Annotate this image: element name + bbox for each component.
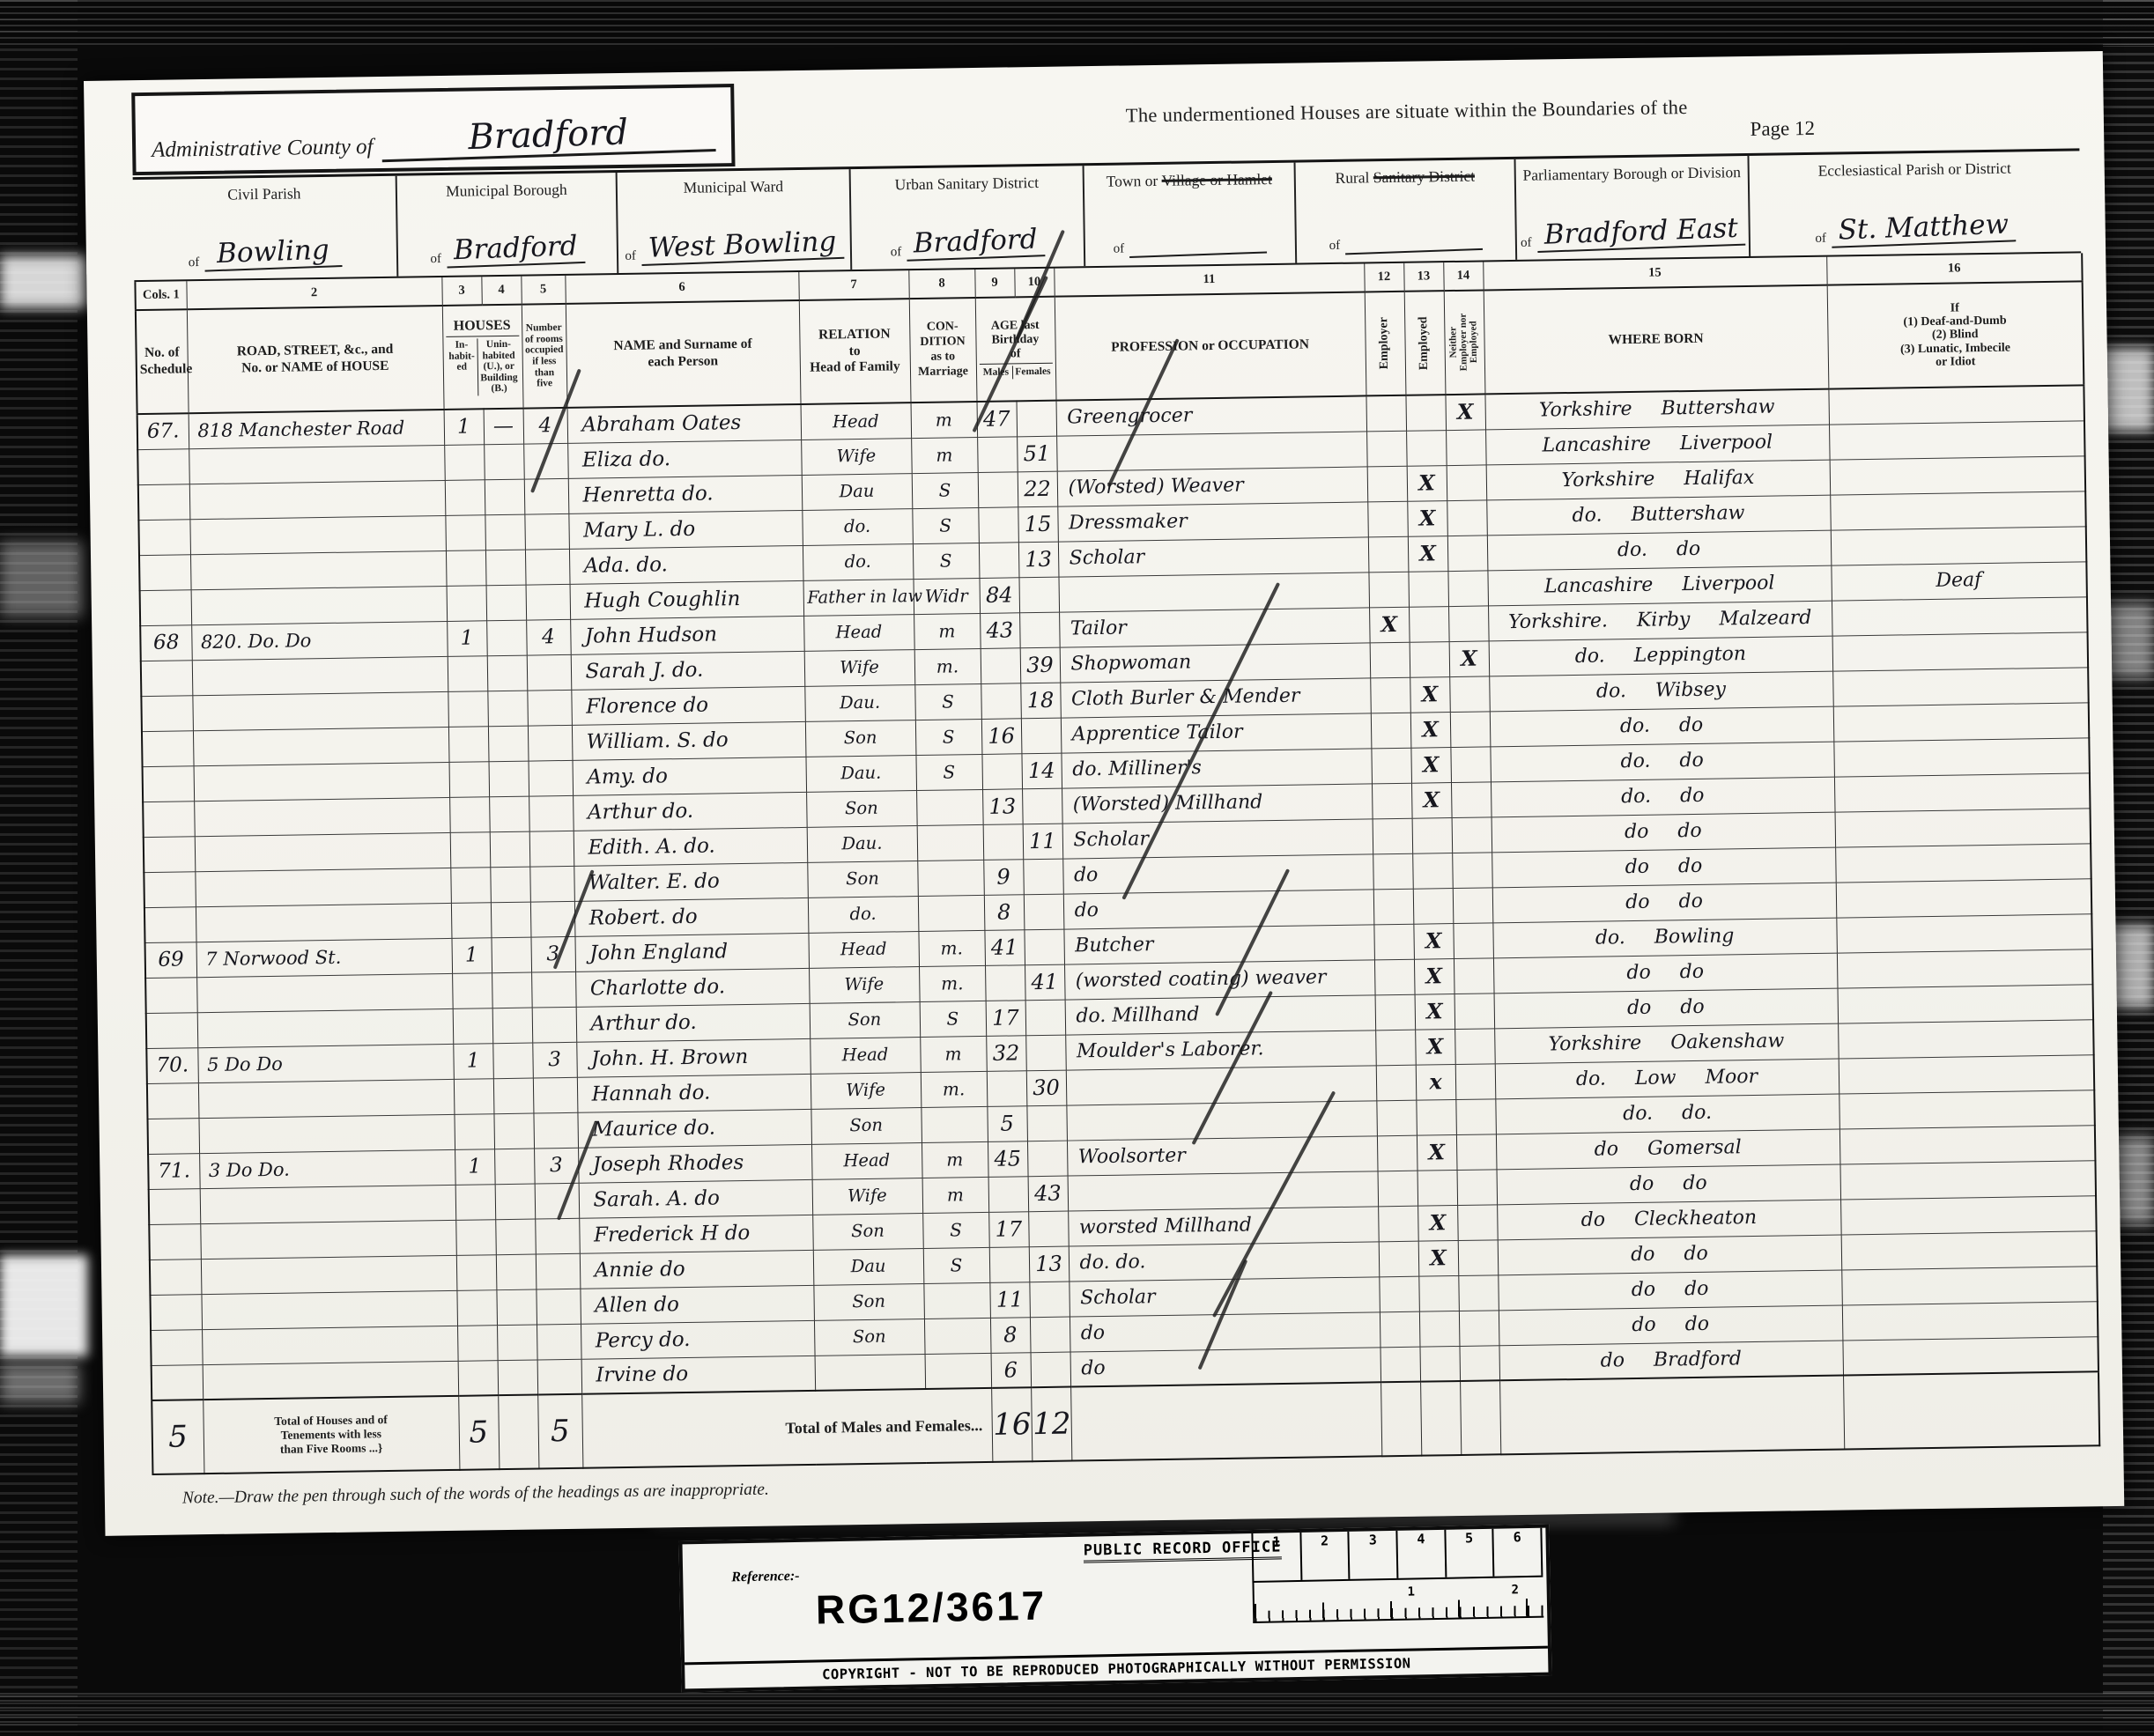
ruler-number: 2 xyxy=(1301,1532,1351,1580)
cell-occupation: do xyxy=(1070,1347,1381,1386)
total-schedules: 5 xyxy=(152,1400,204,1474)
cell-age_f xyxy=(1027,1141,1068,1177)
cell-employed xyxy=(1419,1311,1460,1347)
total-females: 12 xyxy=(1031,1387,1071,1462)
header-occupation: PROFESSION or OCCUPATION xyxy=(1055,292,1366,400)
cell-inhabited xyxy=(456,1289,497,1326)
cell-condition: S xyxy=(923,1247,990,1283)
cell-age_m xyxy=(988,1176,1029,1212)
district-label: Municipal Ward xyxy=(621,174,847,217)
totals-empty xyxy=(1460,1380,1500,1455)
header-inhabited: In- habit- ed xyxy=(446,338,478,396)
cell-employer xyxy=(1378,1171,1418,1207)
cell-uninhabited xyxy=(490,867,530,903)
cell-infirmity xyxy=(1829,420,2085,459)
cell-rooms xyxy=(527,690,572,726)
cell-age_f: 30 xyxy=(1026,1070,1067,1106)
cell-address: 3 Do Do. xyxy=(199,1149,455,1188)
cell-name: Mary L. do xyxy=(568,510,803,549)
cell-age_f: 13 xyxy=(1018,542,1059,578)
cell-address xyxy=(189,445,445,484)
cell-neither xyxy=(1454,957,1494,994)
cell-address xyxy=(194,797,450,836)
cell-employer xyxy=(1373,853,1413,890)
cell-infirmity xyxy=(1832,632,2089,670)
film-scan: Administrative County of Bradford The un… xyxy=(0,0,2154,1736)
cell-employer xyxy=(1375,1030,1416,1066)
cell-age_f xyxy=(1025,1035,1066,1071)
cell-neither xyxy=(1447,570,1488,606)
cell-occupation: Butcher xyxy=(1063,924,1374,964)
cell-age_m: 5 xyxy=(987,1105,1027,1141)
total-uninhabited xyxy=(498,1395,538,1470)
cell-neither xyxy=(1449,676,1490,712)
col-number: 3 xyxy=(441,277,481,306)
cell-infirmity xyxy=(1837,984,2093,1023)
total-males: 16 xyxy=(991,1387,1032,1462)
cell-name: Walter. E. do xyxy=(574,862,808,901)
cell-condition: S xyxy=(922,1212,989,1248)
cell-infirmity xyxy=(1838,1019,2094,1058)
cell-uninhabited xyxy=(485,479,525,515)
of-label: of xyxy=(891,245,902,260)
cell-employer: X xyxy=(1369,607,1410,643)
cell-born: Yorkshire Halifax xyxy=(1486,460,1831,500)
col-number: 7 xyxy=(798,270,908,300)
header-employed: Employed xyxy=(1404,291,1446,395)
cell-age_m: 16 xyxy=(981,718,1022,754)
cell-inhabited xyxy=(448,726,489,762)
header-males: Males xyxy=(979,366,1012,380)
cell-rooms xyxy=(525,549,570,585)
cell-inhabited xyxy=(449,796,490,832)
cell-age_f: 43 xyxy=(1028,1176,1069,1212)
cell-condition xyxy=(923,1282,990,1319)
cell-born: do. Wibsey xyxy=(1489,671,1833,712)
cell-age_f: 11 xyxy=(1023,824,1063,860)
cell-schedule xyxy=(147,1082,199,1119)
cell-age_f xyxy=(1024,894,1064,930)
cell-rooms xyxy=(535,1183,580,1219)
cell-name: John England xyxy=(574,933,809,971)
cell-condition: S xyxy=(915,719,982,755)
cell-infirmity xyxy=(1840,1195,2097,1234)
cell-address xyxy=(201,1290,457,1329)
of-label: of xyxy=(1329,239,1341,254)
cell-born: Lancashire Liverpool xyxy=(1487,565,1832,606)
cell-rooms xyxy=(528,725,573,761)
cell-address xyxy=(191,586,448,624)
cell-inhabited xyxy=(457,1325,498,1361)
cell-employed xyxy=(1413,888,1454,924)
cell-relation: Son xyxy=(813,1283,924,1320)
of-label: of xyxy=(1521,236,1532,251)
cell-employed: X xyxy=(1417,1205,1458,1241)
cell-employed: X xyxy=(1415,994,1455,1030)
cell-condition: Widr xyxy=(913,578,980,614)
cell-schedule xyxy=(139,554,191,590)
cell-address xyxy=(195,832,451,871)
cell-employed: X xyxy=(1410,676,1450,713)
cell-schedule xyxy=(138,519,190,555)
cell-neither xyxy=(1457,1204,1498,1240)
cell-uninhabited xyxy=(488,726,529,762)
cell-age_f: 13 xyxy=(1029,1246,1070,1282)
cell-employer xyxy=(1366,431,1407,467)
cell-uninhabited xyxy=(485,550,526,586)
cell-occupation: Shopwoman xyxy=(1060,642,1371,682)
cell-schedule xyxy=(144,871,196,907)
header-name: NAME and Surname of each Person xyxy=(566,300,801,408)
ruler-cm-number: 2 xyxy=(1511,1583,1519,1597)
cell-neither xyxy=(1453,887,1493,923)
district-value: St. Matthew xyxy=(1831,211,2017,247)
admin-county-label: Administrative County of xyxy=(152,135,374,163)
cell-occupation xyxy=(1066,1100,1377,1140)
cell-employer xyxy=(1380,1347,1420,1383)
cell-schedule xyxy=(146,1012,198,1048)
cell-relation: Dau xyxy=(813,1248,924,1285)
col-number: 11 xyxy=(1054,263,1364,296)
header-employer: Employer xyxy=(1365,292,1406,396)
cell-employer xyxy=(1367,501,1408,537)
cell-employed: X xyxy=(1415,1029,1455,1065)
cell-schedule xyxy=(150,1294,202,1330)
cell-neither xyxy=(1459,1310,1499,1346)
cell-age_m: 32 xyxy=(986,1035,1026,1071)
cell-employer xyxy=(1373,889,1414,925)
cell-name: Sarah. A. do xyxy=(579,1179,813,1218)
cell-relation: Dau. xyxy=(807,825,918,862)
cell-occupation: (Worsted) Weaver xyxy=(1057,466,1368,506)
cell-uninhabited xyxy=(487,655,528,691)
district-value xyxy=(1345,247,1483,255)
cell-schedule xyxy=(141,695,193,731)
cell-employer xyxy=(1371,713,1411,749)
cell-employed xyxy=(1417,1170,1458,1206)
cell-schedule xyxy=(150,1259,202,1295)
totals-empty xyxy=(1380,1382,1421,1457)
cell-address xyxy=(195,868,451,906)
cell-address: 5 Do Do xyxy=(197,1044,454,1082)
district-town-village: Town or Village or Hamlet of xyxy=(1083,163,1296,267)
cell-employed xyxy=(1418,1275,1459,1311)
cell-rooms xyxy=(535,1218,580,1254)
cell-condition: S xyxy=(912,507,979,543)
cell-uninhabited xyxy=(487,691,528,727)
cell-schedule xyxy=(141,660,193,696)
cell-uninhabited xyxy=(498,1360,538,1396)
cell-inhabited xyxy=(445,514,485,550)
cell-infirmity xyxy=(1839,1090,2095,1128)
cell-occupation xyxy=(1058,572,1369,611)
cell-infirmity xyxy=(1833,737,2090,776)
cell-inhabited xyxy=(445,479,485,515)
cell-schedule xyxy=(151,1329,203,1365)
cell-age_f xyxy=(1022,788,1062,824)
cell-employer xyxy=(1378,1206,1418,1242)
cell-schedule xyxy=(138,484,190,520)
cell-schedule xyxy=(143,765,195,802)
cell-occupation: Dressmaker xyxy=(1057,501,1368,541)
census-rows: 67.818 Manchester Road1—4Abraham OatesHe… xyxy=(137,385,2098,1400)
cell-uninhabited xyxy=(494,1149,535,1185)
ruler: 1 2 3 4 5 6 1 2 xyxy=(1251,1528,1544,1651)
cell-employed xyxy=(1409,606,1449,642)
cell-condition xyxy=(916,789,983,825)
header-neither: Neither Employer nor Employed xyxy=(1444,290,1485,395)
cell-born: Lancashire Liverpool xyxy=(1485,425,1830,465)
cell-age_m: 45 xyxy=(988,1141,1028,1177)
cell-age_m: 17 xyxy=(986,1000,1026,1036)
cell-relation: Son xyxy=(805,720,916,757)
cell-age_f xyxy=(1029,1282,1070,1318)
district-label: Town or Village or Hamlet xyxy=(1088,168,1292,210)
cell-uninhabited xyxy=(491,902,531,938)
cell-name: Henretta do. xyxy=(568,475,803,513)
cell-age_m: 8 xyxy=(984,894,1025,930)
cell-age_f xyxy=(1017,401,1057,437)
census-table: Cols. 1 2 3 4 5 6 7 8 9 10 11 12 13 14 xyxy=(134,253,2100,1475)
cell-employed xyxy=(1412,817,1453,853)
col-number: 14 xyxy=(1443,262,1483,291)
cell-schedule xyxy=(144,836,196,872)
cell-age_m: 41 xyxy=(984,929,1025,965)
cell-employed xyxy=(1419,1346,1460,1382)
cell-condition xyxy=(917,824,984,861)
cell-schedule xyxy=(149,1223,201,1260)
cell-name: Abraham Oates xyxy=(567,404,802,443)
cell-condition: S xyxy=(914,683,981,720)
col-number: 16 xyxy=(1826,253,2082,284)
cell-occupation: do xyxy=(1062,853,1373,893)
cell-born: do do xyxy=(1492,847,1836,888)
cell-employer xyxy=(1374,959,1415,995)
cell-inhabited xyxy=(454,1113,494,1149)
cell-uninhabited xyxy=(486,620,527,656)
district-municipal-ward: Municipal Ward ofWest Bowling xyxy=(616,169,851,273)
cell-relation: Wife xyxy=(804,649,915,686)
cell-employed: X xyxy=(1413,923,1454,959)
cell-infirmity xyxy=(1842,1336,2098,1375)
cell-rooms xyxy=(533,1077,578,1113)
cell-relation: Head xyxy=(811,1142,922,1179)
cell-rooms xyxy=(532,1007,577,1043)
cell-neither xyxy=(1450,711,1491,747)
cell-age_m: 9 xyxy=(983,859,1024,895)
district-parliamentary: Parliamentary Borough or Division ofBrad… xyxy=(1514,156,1749,260)
cell-neither xyxy=(1451,781,1492,817)
cell-condition: m xyxy=(922,1177,989,1213)
district-rural-sanitary: Rural Sanitary District of xyxy=(1294,159,1516,263)
cell-employed: X xyxy=(1407,500,1447,536)
district-label: Civil Parish xyxy=(137,181,393,224)
cell-name: Allen do xyxy=(580,1285,814,1324)
cell-condition: S xyxy=(920,1001,987,1037)
cell-relation: Son xyxy=(806,790,917,827)
cell-age_m xyxy=(985,964,1025,1001)
cell-condition xyxy=(921,1106,988,1142)
cell-address xyxy=(192,656,448,695)
cell-name: Sarah J. do. xyxy=(571,651,805,690)
cell-uninhabited xyxy=(496,1289,537,1326)
cell-relation: Head xyxy=(803,614,914,651)
cell-schedule xyxy=(149,1188,201,1224)
cell-age_m xyxy=(978,471,1018,507)
cell-relation: Head xyxy=(810,1037,921,1074)
cell-uninhabited: — xyxy=(484,409,524,445)
cell-occupation xyxy=(1068,1171,1379,1210)
cell-age_m: 11 xyxy=(989,1282,1030,1318)
cell-relation: Son xyxy=(812,1213,923,1250)
cell-uninhabited xyxy=(492,972,532,1008)
cell-schedule xyxy=(145,977,197,1013)
cell-uninhabited xyxy=(490,831,530,868)
cell-occupation: do. Millhand xyxy=(1065,994,1376,1034)
cell-infirmity xyxy=(1834,772,2091,811)
cell-occupation: Tailor xyxy=(1059,607,1370,646)
cell-neither xyxy=(1446,429,1486,465)
cell-age_m xyxy=(987,1070,1027,1106)
cell-neither: X xyxy=(1445,394,1485,430)
cell-occupation: worsted Millhand xyxy=(1068,1206,1379,1245)
page-number: Page 12 xyxy=(1750,117,1815,141)
total-rooms: 5 xyxy=(537,1394,582,1469)
cell-born: do. Buttershaw xyxy=(1486,495,1831,536)
cell-rooms xyxy=(530,901,575,937)
cell-neither xyxy=(1450,746,1491,782)
cell-infirmity xyxy=(1832,667,2089,705)
cell-rooms xyxy=(529,831,574,867)
cell-employed: x xyxy=(1416,1064,1456,1100)
cell-inhabited xyxy=(448,655,488,691)
district-label: Ecclesiastical Parish or District xyxy=(1753,156,2077,199)
cell-address xyxy=(193,727,449,765)
cell-employer xyxy=(1371,748,1411,784)
cell-employed: X xyxy=(1410,747,1451,783)
cell-born: Yorkshire Oakenshaw xyxy=(1494,1023,1839,1064)
film-edge-bottom xyxy=(0,1695,2154,1736)
cell-relation xyxy=(815,1354,926,1391)
cell-occupation: Moulder's Laborer. xyxy=(1065,1030,1376,1069)
cell-uninhabited xyxy=(489,796,529,832)
cell-condition: m. xyxy=(914,648,981,684)
film-edge-left xyxy=(0,0,78,1736)
cell-inhabited xyxy=(450,831,491,868)
cell-born: do. do xyxy=(1490,706,1834,747)
cell-name: John. H. Brown xyxy=(576,1038,811,1077)
col-number: 8 xyxy=(908,270,974,299)
cell-employer xyxy=(1375,994,1416,1031)
cell-age_m: 17 xyxy=(988,1211,1029,1247)
cell-name: Hannah do. xyxy=(577,1074,811,1112)
cell-neither xyxy=(1447,499,1487,536)
cell-rooms xyxy=(527,654,572,691)
cell-infirmity xyxy=(1836,913,2092,952)
cell-age_m xyxy=(981,683,1021,719)
census-page: Administrative County of Bradford The un… xyxy=(84,51,2124,1536)
cell-condition: m xyxy=(922,1141,988,1178)
district-label: Urban Sanitary District xyxy=(855,171,1080,213)
film-streak xyxy=(0,542,84,617)
cell-born: do do xyxy=(1499,1305,1843,1346)
cell-uninhabited xyxy=(486,585,527,621)
cell-schedule: 68 xyxy=(140,624,192,661)
cell-neither xyxy=(1448,605,1489,641)
cell-inhabited: 1 xyxy=(447,620,487,656)
cell-relation: Son xyxy=(810,1001,921,1038)
cell-address xyxy=(189,515,446,554)
totals-empty xyxy=(1499,1376,1844,1455)
cell-rooms xyxy=(531,971,576,1008)
cell-condition: S xyxy=(912,472,979,508)
cell-neither xyxy=(1457,1169,1498,1205)
cell-employed xyxy=(1412,853,1453,889)
cell-uninhabited xyxy=(493,1078,534,1114)
cell-infirmity xyxy=(1835,808,2091,846)
total-males-females-label: Total of Males and Females... xyxy=(581,1388,992,1468)
cell-rooms: 4 xyxy=(526,619,571,655)
cell-occupation: Scholar xyxy=(1058,536,1369,576)
of-label: of xyxy=(189,255,200,270)
cell-born: do. do. xyxy=(1495,1094,1839,1134)
cell-born: do. Leppington xyxy=(1489,636,1833,676)
cell-address xyxy=(189,480,446,519)
cell-relation: Head xyxy=(801,403,912,440)
of-label: of xyxy=(625,249,636,264)
cell-address xyxy=(198,1079,455,1118)
total-inhabited: 5 xyxy=(458,1395,499,1470)
cell-inhabited xyxy=(444,444,485,480)
district-value: Bradford East xyxy=(1536,215,1745,253)
cell-employer xyxy=(1370,642,1410,678)
pro-reference-strip: PUBLIC RECORD OFFICE Reference:- RG12/36… xyxy=(678,1525,1551,1693)
cell-condition: m xyxy=(920,1036,987,1072)
cell-born: do do xyxy=(1493,953,1838,994)
cell-occupation: Scholar xyxy=(1062,818,1373,858)
film-streak xyxy=(0,1363,79,1403)
cell-relation: Father in law xyxy=(803,579,914,616)
admin-county-box: Administrative County of Bradford xyxy=(131,84,735,175)
cell-age_f xyxy=(1028,1211,1069,1247)
cell-age_f: 18 xyxy=(1020,683,1061,719)
cell-inhabited xyxy=(451,902,492,938)
header-road: ROAD, STREET, &c., and No. or NAME of HO… xyxy=(187,306,444,413)
district-municipal-borough: Municipal Borough ofBradford xyxy=(396,173,618,277)
header-schedule: No. of Schedule xyxy=(136,309,189,414)
cell-age_m xyxy=(977,436,1018,472)
cell-age_m: 13 xyxy=(982,788,1023,824)
cell-relation: Dau. xyxy=(805,755,916,792)
cell-rooms xyxy=(523,443,568,479)
cell-rooms xyxy=(537,1324,581,1360)
cell-rooms: 3 xyxy=(534,1148,579,1184)
cell-rooms xyxy=(536,1289,581,1325)
cell-neither xyxy=(1455,1028,1495,1064)
cell-neither xyxy=(1456,1134,1497,1170)
total-houses-label: Total of Houses and of Tenements with le… xyxy=(203,1396,459,1474)
cell-infirmity xyxy=(1839,1054,2095,1093)
cell-neither xyxy=(1452,816,1492,853)
col-number: 12 xyxy=(1364,263,1403,292)
cell-inhabited: 1 xyxy=(453,1043,493,1079)
cell-name: Ada. do. xyxy=(569,545,803,584)
cell-age_f xyxy=(1021,718,1062,754)
cell-uninhabited xyxy=(489,761,529,797)
cell-condition: m xyxy=(911,437,978,473)
cell-schedule: 67. xyxy=(137,413,189,449)
cell-age_f xyxy=(1019,612,1060,648)
